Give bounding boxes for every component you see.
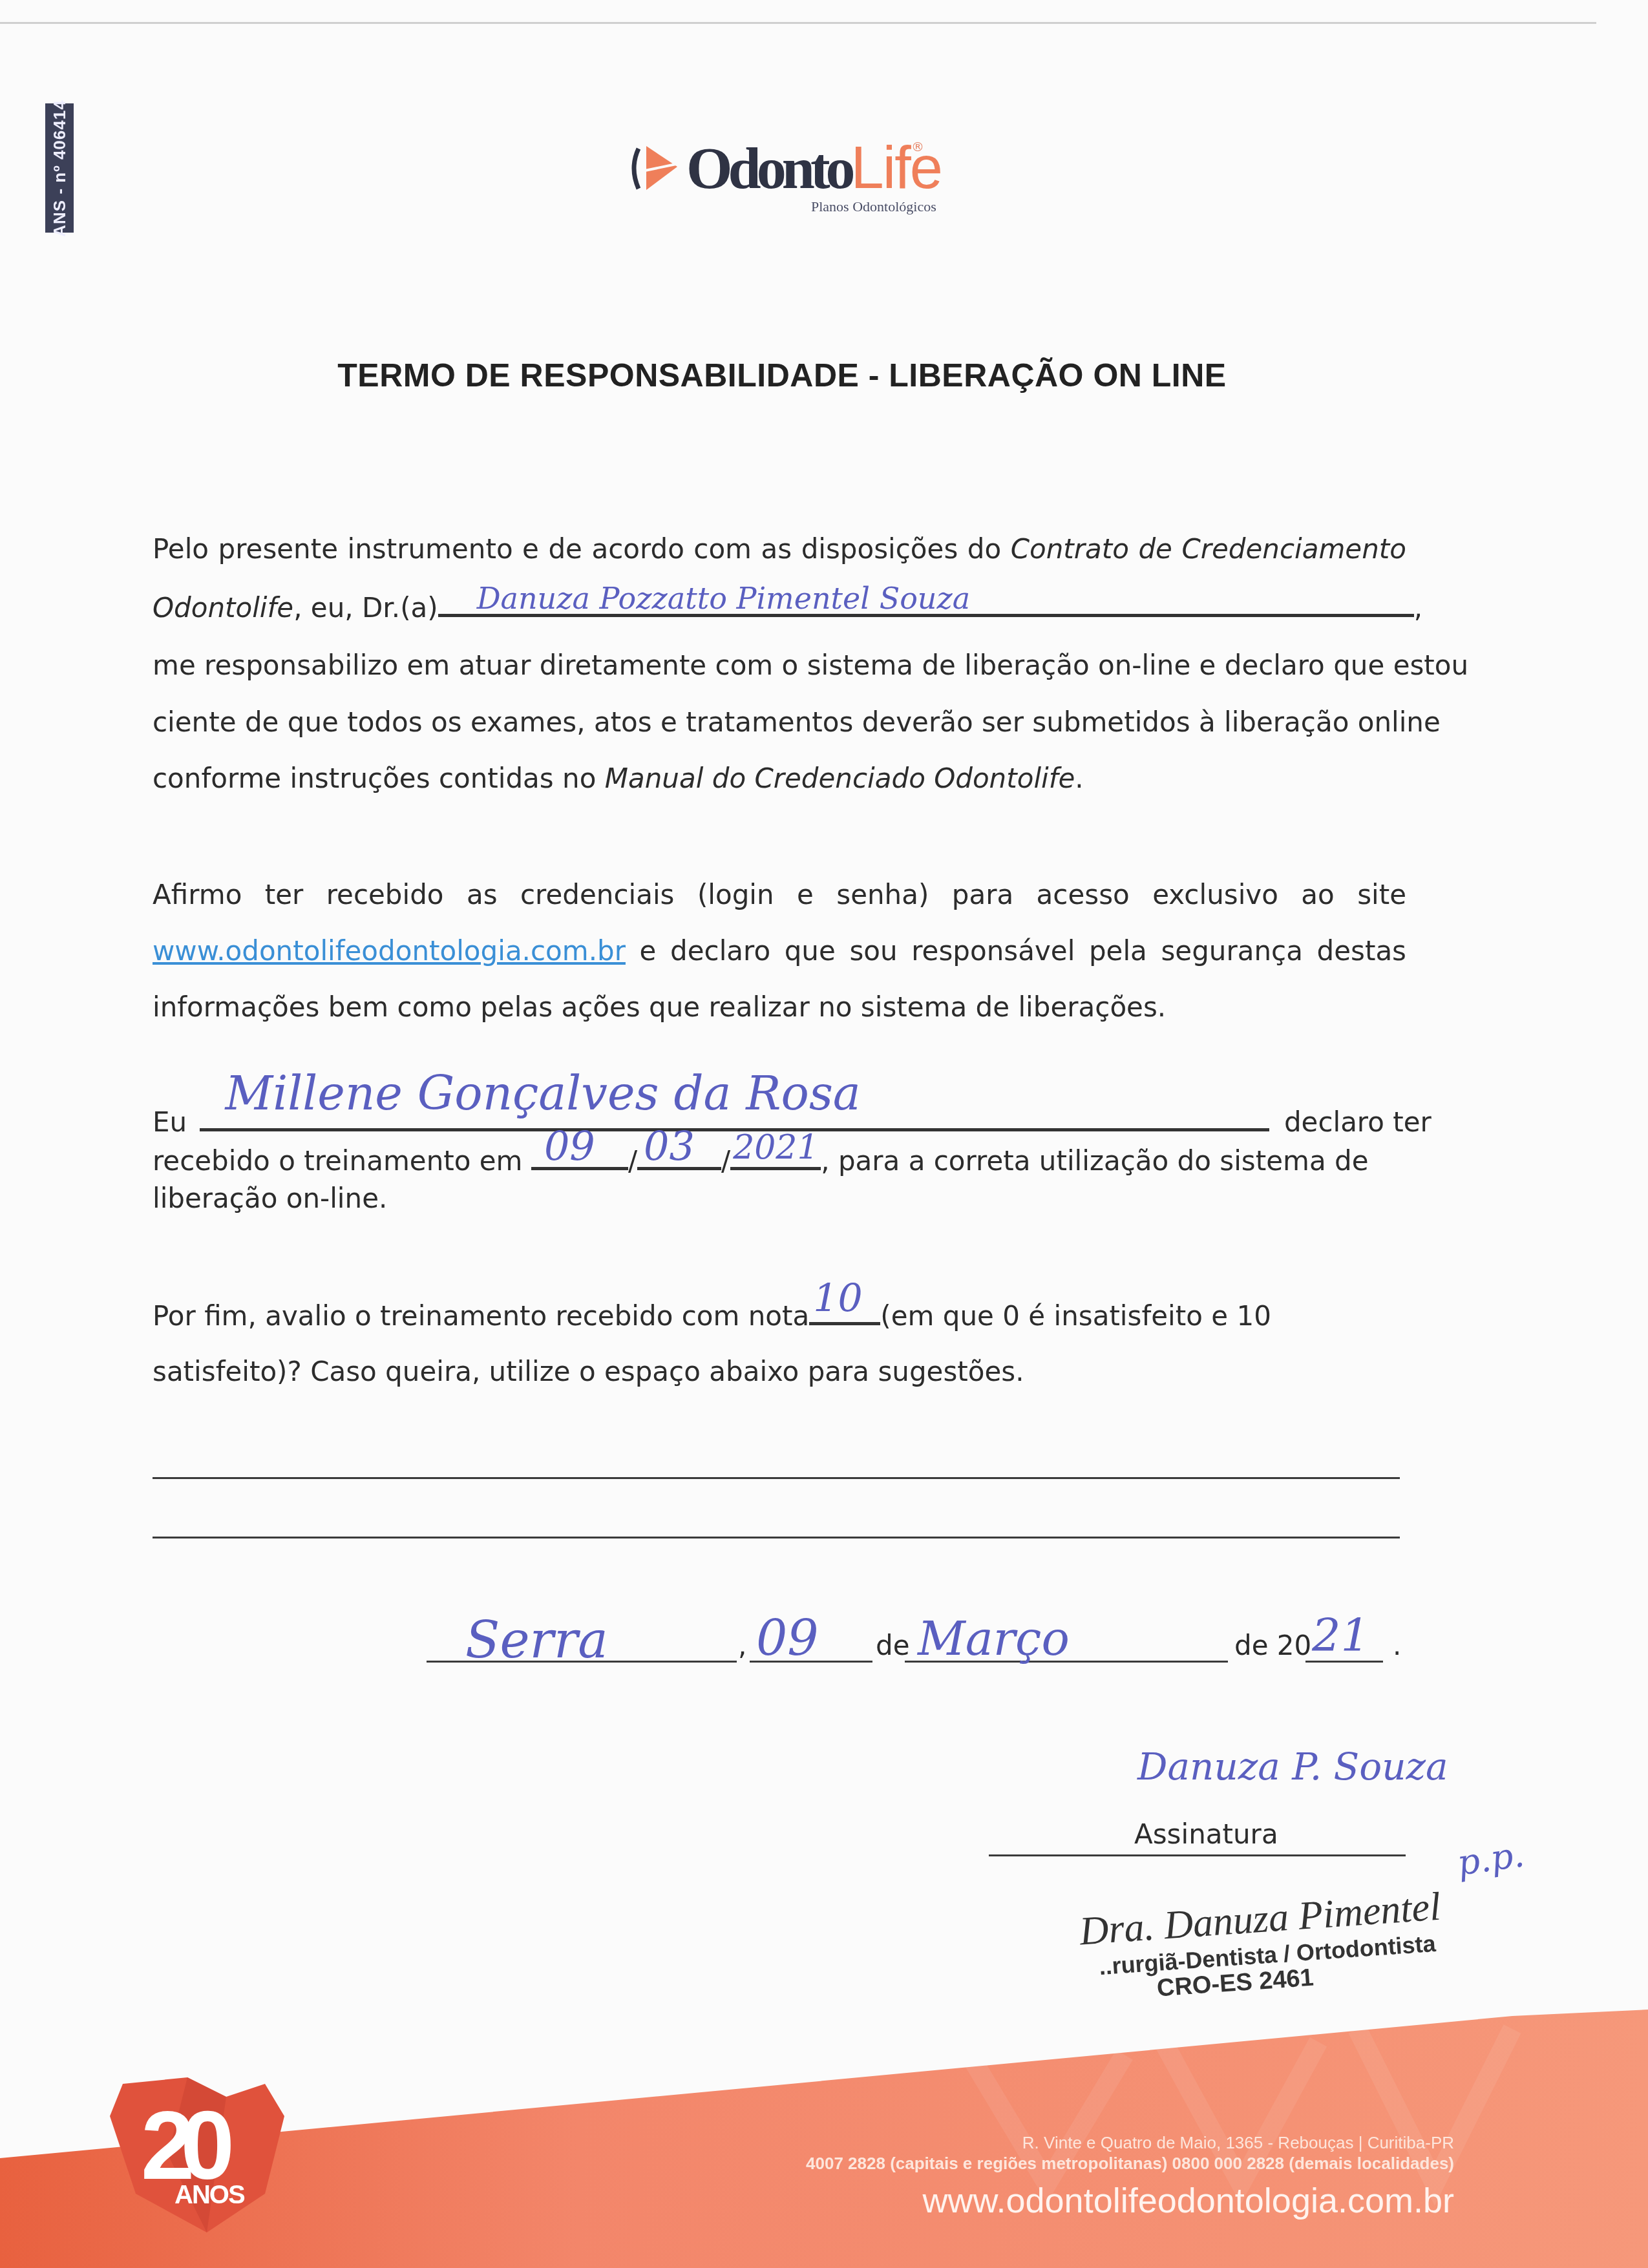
ans-registration-text: ANS - nº 406414 bbox=[50, 100, 70, 236]
pp-mark-handwriting: p.p. bbox=[1455, 1834, 1527, 1884]
signature-handwriting: Danuza P. Souza bbox=[1137, 1745, 1448, 1789]
ans-registration-badge: ANS - nº 406414 bbox=[45, 103, 74, 233]
paragraph1-line1: Pelo presente instrumento e de acordo co… bbox=[153, 530, 1406, 569]
training-day-handwriting: 09 bbox=[544, 1127, 595, 1166]
dentist-name-handwriting: Danuza Pozzatto Pimentel Souza bbox=[477, 579, 970, 618]
paragraph3-line2: recebido o treinamento em 09/03/2021, pa… bbox=[153, 1141, 1406, 1181]
paragraph2-line1: Afirmo ter recebido as credenciais (logi… bbox=[153, 876, 1406, 914]
paragraph4-line1: Por fim, avalio o treinamento recebido c… bbox=[153, 1296, 1406, 1336]
place-date-line: Serra , 09 de Março de 20 21 . bbox=[427, 1615, 1415, 1674]
paragraph1-line5: conforme instruções contidas no Manual d… bbox=[153, 759, 1406, 798]
suggestion-line-2[interactable] bbox=[153, 1537, 1400, 1538]
paragraph3-line3: liberação on-line. bbox=[153, 1179, 1406, 1218]
paragraph2-line2: www.odontolifeodontologia.com.br e decla… bbox=[153, 932, 1406, 971]
footer-address: R. Vinte e Quatro de Maio, 1365 - Rebouç… bbox=[806, 2132, 1454, 2153]
footer-phones: 4007 2828 (capitais e regiões metropolit… bbox=[806, 2153, 1454, 2174]
suggestion-line-1[interactable] bbox=[153, 1477, 1400, 1479]
paragraph1-line4: ciente de que todos os exames, atos e tr… bbox=[153, 703, 1406, 742]
paragraph1-line3: me responsabilizo em atuar diretamente c… bbox=[153, 646, 1406, 685]
logo-tagline: Planos Odontológicos bbox=[811, 198, 936, 215]
paragraph4-line2: satisfeito)? Caso queira, utilize o espa… bbox=[153, 1352, 1406, 1391]
training-month-handwriting: 03 bbox=[644, 1127, 695, 1166]
training-year-handwriting: 2021 bbox=[733, 1128, 818, 1167]
top-scan-rule bbox=[0, 22, 1596, 24]
registered-mark: ® bbox=[911, 139, 924, 154]
city-handwriting: Serra bbox=[465, 1612, 608, 1670]
paragraph2-line3: informações bem como pelas ações que rea… bbox=[153, 988, 1406, 1027]
training-month-field[interactable]: 03 bbox=[637, 1141, 721, 1170]
footer-website[interactable]: www.odontolifeodontologia.com.br bbox=[923, 2181, 1455, 2221]
signature-line[interactable] bbox=[989, 1854, 1406, 1856]
training-day-field[interactable]: 09 bbox=[531, 1141, 628, 1170]
trainee-name-field[interactable]: Millene Gonçalves da Rosa bbox=[200, 1102, 1269, 1131]
badge-number: 20 bbox=[141, 2097, 220, 2194]
day-handwriting: 09 bbox=[756, 1609, 819, 1666]
signature-label: Assinatura bbox=[1134, 1818, 1278, 1850]
de-20-label: de 20 bbox=[1234, 1630, 1311, 1661]
trainee-name-handwriting: Millene Gonçalves da Rosa bbox=[226, 1074, 861, 1113]
dentist-name-field[interactable]: Danuza Pozzatto Pimentel Souza bbox=[438, 588, 1414, 617]
de-label: de bbox=[876, 1630, 910, 1661]
logo-wordmark: OdontoLife bbox=[686, 132, 942, 204]
tooth-arrow-icon bbox=[627, 142, 685, 194]
website-link[interactable]: www.odontolifeodontologia.com.br bbox=[153, 935, 626, 967]
paragraph1-line2: Odontolife, eu, Dr.(a)Danuza Pozzatto Pi… bbox=[153, 588, 1406, 627]
score-handwriting: 10 bbox=[813, 1279, 862, 1318]
training-year-field[interactable]: 2021 bbox=[730, 1141, 821, 1170]
year-handwriting: 21 bbox=[1312, 1609, 1369, 1662]
badge-label: ANOS bbox=[174, 2181, 244, 2210]
odontolife-logo: OdontoLife ® Planos Odontológicos bbox=[627, 132, 937, 210]
month-handwriting: Março bbox=[918, 1612, 1070, 1666]
document-title: TERMO DE RESPONSABILIDADE - LIBERAÇÃO ON… bbox=[0, 357, 1564, 394]
score-field[interactable]: 10 bbox=[809, 1296, 880, 1325]
footer-contact: R. Vinte e Quatro de Maio, 1365 - Rebouç… bbox=[806, 2132, 1454, 2174]
